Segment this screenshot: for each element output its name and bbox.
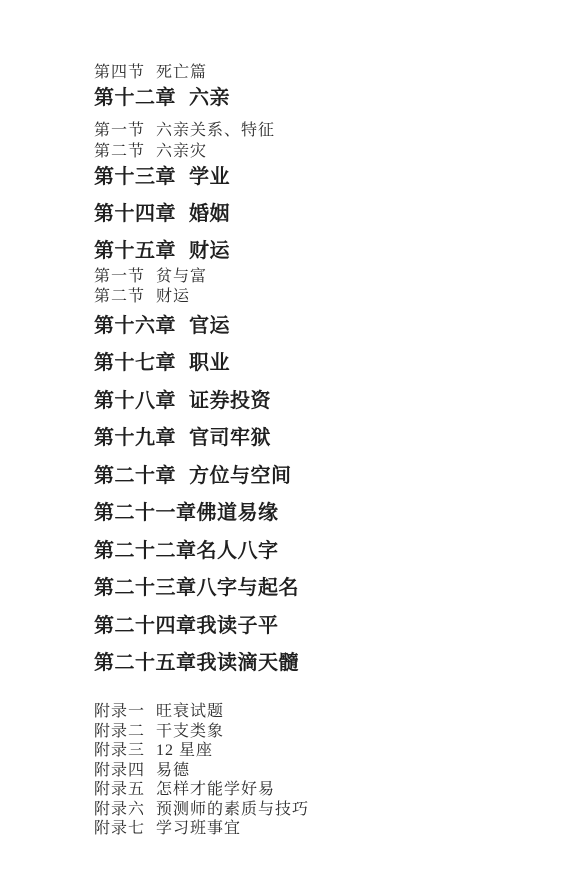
toc-section-line: 第二节 财运 (94, 287, 565, 306)
entry-title: 八字与起名 (197, 576, 300, 600)
entry-title: 死亡篇 (156, 63, 207, 82)
toc-chapter-line: 第十八章 证券投资 (94, 389, 565, 413)
entry-title: 学业 (189, 165, 230, 189)
entry-title: 官运 (189, 314, 230, 338)
entry-title: 六亲关系、特征 (156, 121, 275, 140)
entry-number: 第一节 (94, 121, 156, 140)
entry-title: 学习班事宜 (156, 819, 241, 839)
toc-appendix-line: 附录五 怎样才能学好易 (94, 780, 565, 800)
entry-number: 附录一 (94, 702, 156, 722)
entry-number: 附录四 (94, 761, 156, 781)
entry-number: 第四节 (94, 63, 156, 82)
toc-chapter-line: 第二十二章 名人八字 (94, 539, 565, 563)
toc-section-line: 第一节 六亲关系、特征 (94, 121, 565, 140)
toc-chapter-line: 第十四章 婚姻 (94, 202, 565, 226)
toc-chapter-line: 第二十一章 佛道易缘 (94, 501, 565, 525)
entry-number: 第二节 (94, 287, 156, 306)
entry-title: 官司牢狱 (189, 426, 271, 450)
entry-title: 六亲 (189, 86, 230, 110)
entry-number: 第二十三章 (94, 576, 197, 600)
entry-number: 第二十二章 (94, 539, 197, 563)
entry-title: 财运 (189, 239, 230, 263)
toc-chapter-line: 第二十章 方位与空间 (94, 464, 565, 488)
entry-number: 附录六 (94, 800, 156, 820)
toc-appendix-line: 附录一 旺衰试题 (94, 702, 565, 722)
toc-chapter-line: 第十二章 六亲 (94, 86, 565, 110)
entry-number: 第十五章 (94, 239, 189, 263)
entry-number: 第二十四章 (94, 614, 197, 638)
toc-appendix-line: 附录二 干支类象 (94, 722, 565, 742)
entry-title: 财运 (156, 287, 190, 306)
entry-number: 第二十五章 (94, 651, 197, 675)
toc-appendix-line: 附录六 预测师的素质与技巧 (94, 800, 565, 820)
entry-number: 第十二章 (94, 86, 189, 110)
entry-number: 第十八章 (94, 389, 189, 413)
entry-title: 方位与空间 (189, 464, 292, 488)
toc-chapter-line: 第二十三章 八字与起名 (94, 576, 565, 600)
entry-title: 旺衰试题 (156, 702, 224, 722)
toc-section-line: 第四节 死亡篇 (94, 63, 565, 82)
toc-appendix-line: 附录三 12 星座 (94, 741, 565, 761)
entry-title: 证券投资 (189, 389, 271, 413)
entry-title: 我读子平 (197, 614, 279, 638)
toc-chapter-line: 第二十五章 我读滴天髓 (94, 651, 565, 675)
entry-title: 婚姻 (189, 202, 230, 226)
entry-title: 干支类象 (156, 722, 224, 742)
entry-title: 预测师的素质与技巧 (156, 800, 309, 820)
toc-chapter-line: 第十七章 职业 (94, 351, 565, 375)
entry-number: 第一节 (94, 267, 156, 286)
table-of-contents: 第四节 死亡篇 第十二章 六亲 第一节 六亲关系、特征 第二节 六亲灾 第十三章… (94, 0, 565, 839)
entry-title: 名人八字 (197, 539, 279, 563)
entry-title: 我读滴天髓 (197, 651, 300, 675)
entry-title: 六亲灾 (156, 142, 207, 161)
entry-number: 第十三章 (94, 165, 189, 189)
toc-section-line: 第二节 六亲灾 (94, 142, 565, 161)
entry-title: 易德 (156, 761, 190, 781)
toc-chapter-line: 第二十四章 我读子平 (94, 614, 565, 638)
entry-title: 12 星座 (156, 741, 213, 761)
toc-chapter-line: 第十五章 财运 (94, 239, 565, 263)
toc-chapter-line: 第十九章 官司牢狱 (94, 426, 565, 450)
entry-number: 第二十章 (94, 464, 189, 488)
entry-title: 怎样才能学好易 (156, 780, 275, 800)
document-page: 第四节 死亡篇 第十二章 六亲 第一节 六亲关系、特征 第二节 六亲灾 第十三章… (0, 0, 565, 894)
entry-number: 附录三 (94, 741, 156, 761)
entry-title: 佛道易缘 (197, 501, 279, 525)
toc-chapter-line: 第十三章 学业 (94, 165, 565, 189)
toc-chapter-line: 第十六章 官运 (94, 314, 565, 338)
toc-appendix-line: 附录七 学习班事宜 (94, 819, 565, 839)
entry-title: 职业 (189, 351, 230, 375)
entry-number: 附录二 (94, 722, 156, 742)
entry-number: 第十九章 (94, 426, 189, 450)
toc-appendix-line: 附录四 易德 (94, 761, 565, 781)
entry-number: 第十四章 (94, 202, 189, 226)
entry-number: 附录七 (94, 819, 156, 839)
entry-number: 第二十一章 (94, 501, 197, 525)
toc-section-line: 第一节 贫与富 (94, 267, 565, 286)
entry-number: 第十七章 (94, 351, 189, 375)
entry-title: 贫与富 (156, 267, 207, 286)
entry-number: 附录五 (94, 780, 156, 800)
entry-number: 第二节 (94, 142, 156, 161)
entry-number: 第十六章 (94, 314, 189, 338)
